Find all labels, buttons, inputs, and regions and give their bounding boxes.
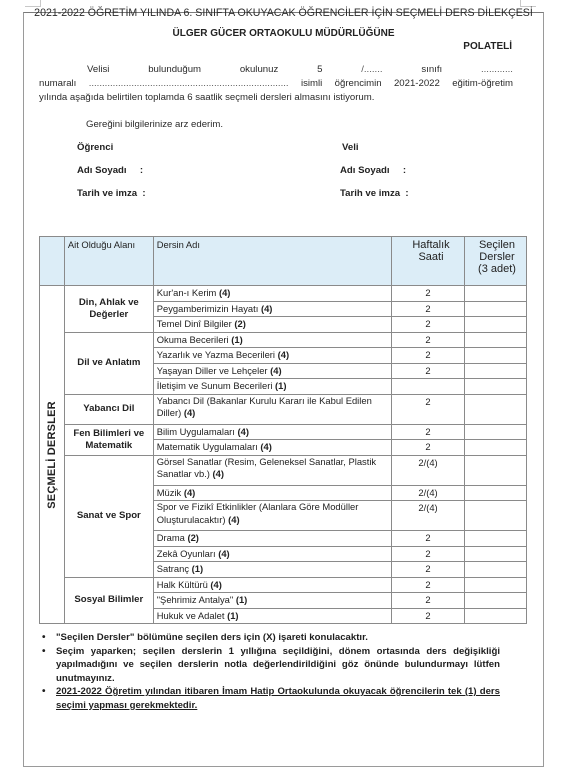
course-name: Hukuk ve Adalet (157, 610, 227, 621)
district: POLATELİ (463, 41, 512, 52)
selected-checkbox-cell[interactable] (464, 317, 526, 333)
selected-checkbox-cell[interactable] (464, 394, 526, 424)
weekly-hours-cell: 2 (392, 317, 465, 333)
course-name: Temel Dinî Bilgiler (157, 318, 235, 329)
weekly-hours-cell: 2 (392, 593, 465, 609)
weekly-hours-cell: 2 (392, 546, 465, 562)
weekly-hours-cell: 2 (392, 562, 465, 578)
note-item: Seçim yaparken; seçilen derslerin 1 yıll… (42, 645, 500, 686)
selected-checkbox-cell[interactable] (464, 546, 526, 562)
weekly-hours-cell: 2 (392, 608, 465, 624)
weekly-hours-cell: 2/(4) (392, 501, 465, 531)
selected-checkbox-cell[interactable] (464, 485, 526, 501)
selected-checkbox-cell[interactable] (464, 608, 526, 624)
course-name-cell: Yaşayan Diller ve Lehçeler (4) (153, 363, 391, 379)
course-name: Görsel Sanatlar (Resim, Geleneksel Sanat… (157, 456, 376, 480)
course-name-cell: Matematik Uygulamaları (4) (153, 440, 391, 456)
line1-word: Velisi (87, 63, 109, 77)
course-grade: (1) (231, 334, 242, 345)
course-grade: (4) (237, 426, 248, 437)
selected-checkbox-cell[interactable] (464, 286, 526, 302)
selected-checkbox-cell[interactable] (464, 531, 526, 547)
petition-line-3: yılında aşağıda belirtilen toplamda 6 sa… (39, 91, 513, 105)
selected-checkbox-cell[interactable] (464, 501, 526, 531)
header-course: Dersin Adı (153, 237, 391, 286)
line1-word: 5 (317, 63, 322, 77)
course-grade: (4) (228, 514, 239, 525)
student-date-signature-label: Tarih ve imza : (77, 188, 146, 199)
course-grade: (2) (187, 532, 198, 543)
course-name-cell: "Şehrimiz Antalya" (1) (153, 593, 391, 609)
line2-word: eğitim-öğretim (452, 77, 513, 91)
course-name: Peygamberimizin Hayatı (157, 303, 261, 314)
selected-checkbox-cell[interactable] (464, 301, 526, 317)
table-row: Sosyal BilimlerHalk Kültürü (4)2 (40, 577, 527, 593)
petition-line-2: numaralı................................… (39, 77, 513, 91)
table-row: Sanat ve SporGörsel Sanatlar (Resim, Gel… (40, 455, 527, 485)
course-name-cell: Kur'an-ı Kerim (4) (153, 286, 391, 302)
selected-checkbox-cell[interactable] (464, 440, 526, 456)
weekly-hours-cell: 2 (392, 348, 465, 364)
weekly-hours-cell: 2 (392, 286, 465, 302)
elective-courses-table: Ait Olduğu Alanı Dersin Adı HaftalıkSaat… (39, 236, 527, 624)
weekly-hours-cell: 2 (392, 394, 465, 424)
table-row: Yabancı DilYabancı Dil (Bakanlar Kurulu … (40, 394, 527, 424)
course-grade: (4) (260, 441, 271, 452)
weekly-hours-cell: 2 (392, 440, 465, 456)
course-name-cell: Zekâ Oyunları (4) (153, 546, 391, 562)
weekly-hours-cell: 2 (392, 424, 465, 440)
selected-checkbox-cell[interactable] (464, 577, 526, 593)
selected-checkbox-cell[interactable] (464, 363, 526, 379)
line1-word[interactable]: ............ (481, 63, 513, 77)
area-cell: Sanat ve Spor (64, 455, 153, 577)
course-grade: (4) (218, 548, 229, 559)
petition-paragraph: Velisibulunduğumokulunuz5/.......sınıfı.… (39, 63, 513, 104)
document-title: 2021-2022 ÖĞRETİM YILINDA 6. SINIFTA OKU… (0, 7, 567, 19)
table-header-row: Ait Olduğu Alanı Dersin Adı HaftalıkSaat… (40, 237, 527, 286)
course-name-cell: Halk Kültürü (4) (153, 577, 391, 593)
parent-heading: Veli (342, 142, 359, 153)
area-cell: Fen Bilimleri ve Matematik (64, 424, 153, 455)
course-name-cell: Okuma Becerileri (1) (153, 332, 391, 348)
header-blank (40, 237, 65, 286)
student-heading: Öğrenci (77, 142, 113, 153)
selected-checkbox-cell[interactable] (464, 379, 526, 395)
crop-mark-top-right (520, 0, 536, 7)
weekly-hours-cell: 2 (392, 363, 465, 379)
table-row: Fen Bilimleri ve MatematikBilim Uygulama… (40, 424, 527, 440)
header-weekly-hours: HaftalıkSaati (392, 237, 465, 286)
note-text: "Seçilen Dersler" bölümüne seçilen ders … (56, 632, 368, 643)
course-name-cell: Görsel Sanatlar (Resim, Geleneksel Sanat… (153, 455, 391, 485)
course-grade: (1) (236, 594, 247, 605)
course-name-cell: Yabancı Dil (Bakanlar Kurulu Kararı ile … (153, 394, 391, 424)
parent-date-signature-label: Tarih ve imza : (340, 188, 409, 199)
weekly-hours-cell: 2/(4) (392, 455, 465, 485)
line1-word: okulunuz (240, 63, 278, 77)
area-cell: Dil ve Anlatım (64, 332, 153, 394)
course-name: Bilim Uygulamaları (157, 426, 238, 437)
course-grade: (4) (213, 468, 224, 479)
note-item: "Seçilen Dersler" bölümüne seçilen ders … (42, 631, 500, 645)
selected-checkbox-cell[interactable] (464, 424, 526, 440)
selected-checkbox-cell[interactable] (464, 332, 526, 348)
course-grade: (4) (184, 407, 195, 418)
course-name: Satranç (157, 563, 192, 574)
course-name: Halk Kültürü (157, 579, 211, 590)
course-name-cell: Yazarlık ve Yazma Becerileri (4) (153, 348, 391, 364)
selected-checkbox-cell[interactable] (464, 562, 526, 578)
course-grade: (4) (184, 487, 195, 498)
notes-list: "Seçilen Dersler" bölümüne seçilen ders … (42, 631, 500, 712)
line1-word[interactable]: /....... (361, 63, 382, 77)
selected-checkbox-cell[interactable] (464, 348, 526, 364)
course-name: Kur'an-ı Kerim (157, 287, 219, 298)
course-name: Yazarlık ve Yazma Becerileri (157, 349, 278, 360)
selected-checkbox-cell[interactable] (464, 593, 526, 609)
line2-word: öğrencimin (335, 77, 382, 91)
area-cell: Sosyal Bilimler (64, 577, 153, 624)
course-grade: (4) (270, 365, 281, 376)
parent-name-label: Adı Soyadı : (340, 165, 406, 176)
table-row: Dil ve AnlatımOkuma Becerileri (1)2 (40, 332, 527, 348)
line1-word: sınıfı (421, 63, 442, 77)
course-name: Matematik Uygulamaları (157, 441, 261, 452)
weekly-hours-cell: 2/(4) (392, 485, 465, 501)
line2-word: 2021-2022 (394, 77, 440, 91)
course-grade: (1) (275, 380, 286, 391)
line2-word[interactable]: ........................................… (89, 77, 289, 91)
line1-word: bulunduğum (148, 63, 201, 77)
weekly-hours-cell: 2 (392, 577, 465, 593)
petition-line-1: Velisibulunduğumokulunuz5/.......sınıfı.… (39, 63, 513, 77)
note-text: Seçim yaparken; seçilen derslerin 1 yıll… (56, 646, 500, 684)
course-grade: (4) (210, 579, 221, 590)
line2-word: numaralı (39, 77, 76, 91)
addressee: ÜLGER GÜCER ORTAOKULU MÜDÜRLÜĞÜNE (0, 28, 567, 39)
course-name: Yaşayan Diller ve Lehçeler (157, 365, 270, 376)
weekly-hours-cell: 2 (392, 332, 465, 348)
course-name: Drama (157, 532, 188, 543)
crop-mark-top-left (25, 0, 41, 7)
area-cell: Din, Ahlak ve Değerler (64, 286, 153, 333)
weekly-hours-cell: 2 (392, 301, 465, 317)
header-selected: SeçilenDersler(3 adet) (464, 237, 526, 286)
closing-sentence: Gereğini bilgilerinize arz ederim. (86, 119, 223, 130)
course-name-cell: İletişim ve Sunum Becerileri (1) (153, 379, 391, 395)
course-name-cell: Müzik (4) (153, 485, 391, 501)
course-name: Okuma Becerileri (157, 334, 232, 345)
course-name-cell: Temel Dinî Bilgiler (2) (153, 317, 391, 333)
selected-checkbox-cell[interactable] (464, 455, 526, 485)
weekly-hours-cell: 2 (392, 531, 465, 547)
side-label-cell: SEÇMELİ DERSLER (40, 286, 65, 624)
area-cell: Yabancı Dil (64, 394, 153, 424)
student-name-label: Adı Soyadı : (77, 165, 143, 176)
note-item: 2021-2022 Öğretim yılından itibaren İmam… (42, 685, 500, 712)
course-grade: (4) (261, 303, 272, 314)
header-area: Ait Olduğu Alanı (64, 237, 153, 286)
course-name-cell: Peygamberimizin Hayatı (4) (153, 301, 391, 317)
weekly-hours-cell (392, 379, 465, 395)
course-grade: (4) (219, 287, 230, 298)
course-name: Spor ve Fizikî Etkinlikler (Alanlara Gör… (157, 501, 359, 525)
side-label: SEÇMELİ DERSLER (46, 401, 58, 509)
line2-word: isimli (301, 77, 322, 91)
table-row: SEÇMELİ DERSLERDin, Ahlak ve DeğerlerKur… (40, 286, 527, 302)
course-name-cell: Satranç (1) (153, 562, 391, 578)
course-name: "Şehrimiz Antalya" (157, 594, 236, 605)
course-grade: (2) (234, 318, 245, 329)
course-name: İletişim ve Sunum Becerileri (157, 380, 275, 391)
course-name: Müzik (157, 487, 184, 498)
course-grade: (4) (278, 349, 289, 360)
course-grade: (1) (192, 563, 203, 574)
course-name: Zekâ Oyunları (157, 548, 218, 559)
course-name-cell: Spor ve Fizikî Etkinlikler (Alanlara Gör… (153, 501, 391, 531)
course-grade: (1) (227, 610, 238, 621)
course-name-cell: Bilim Uygulamaları (4) (153, 424, 391, 440)
note-text: 2021-2022 Öğretim yılından itibaren İmam… (56, 686, 500, 711)
course-name-cell: Hukuk ve Adalet (1) (153, 608, 391, 624)
course-name-cell: Drama (2) (153, 531, 391, 547)
